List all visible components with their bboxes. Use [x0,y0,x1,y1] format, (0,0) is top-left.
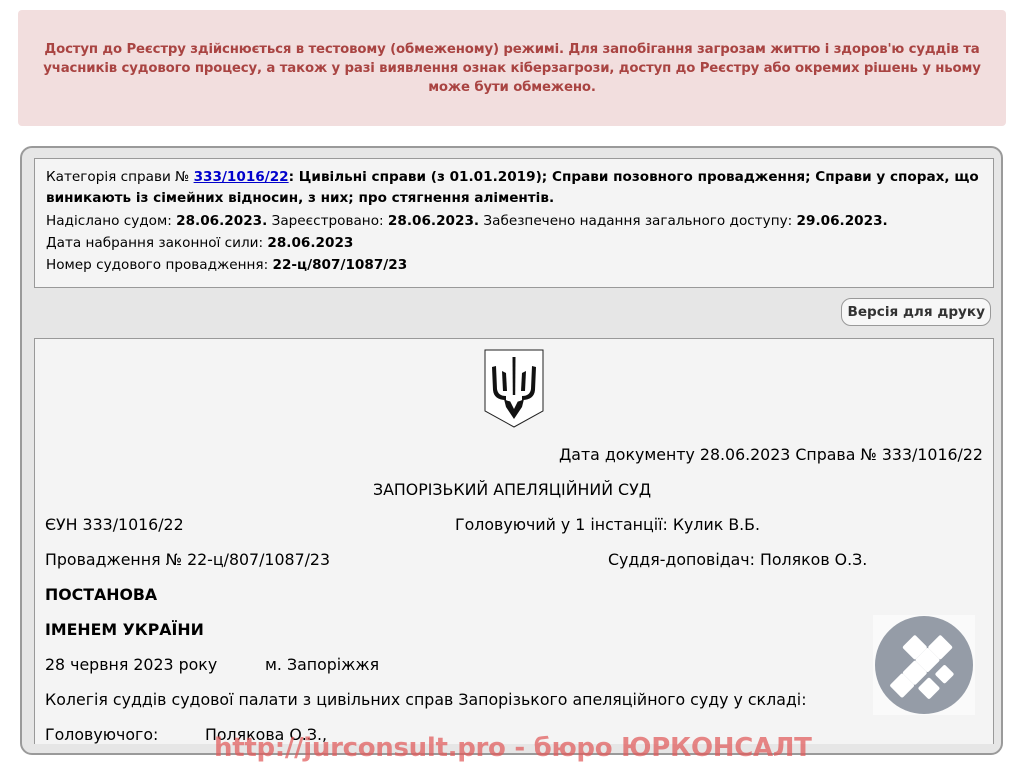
case-meta-panel: Категорія справи № 333/1016/22: Цивільні… [34,158,994,288]
document-date-line: Дата документу 28.06.2023 Справа № 333/1… [559,445,983,464]
decision-container: Категорія справи № 333/1016/22: Цивільні… [20,146,1003,755]
watermark-link: http://jurconsult.pro - бюро ЮРКОНСАЛТ [214,733,812,763]
access-date: 29.06.2023. [797,213,888,229]
decision-date: 28 червня 2023 року [45,655,217,674]
effective-date-row: Дата набрання законної сили: 28.06.2023 [46,232,982,254]
coat-of-arms-icon [484,349,544,429]
sent-label: Надіслано судом: [46,213,176,229]
panel-composition: Колегія суддів судової палати з цивільни… [45,690,807,709]
first-instance-judge: Головуючий у 1 інстанції: Кулик В.Б. [455,515,760,534]
case-category-row: Категорія справи № 333/1016/22: Цивільні… [46,167,982,209]
dates-row: Надіслано судом: 28.06.2023. Зареєстрова… [46,210,982,232]
court-name: ЗАПОРІЗЬКИЙ АПЕЛЯЦІЙНИЙ СУД [373,480,651,499]
registry-notice-text: Доступ до Реєстру здійснюється в тестово… [34,40,990,97]
proceeding-number-row: Номер судового провадження: 22-ц/807/108… [46,254,982,276]
presiding-label: Головуючого: [45,725,158,744]
registered-date: 28.06.2023. [388,213,479,229]
proceeding-label: Номер судового провадження: [46,257,273,273]
registered-label: Зареєстровано: [267,213,388,229]
print-version-button[interactable]: Версія для друку [841,298,991,326]
registry-notice-banner: Доступ до Реєстру здійснюється в тестово… [18,10,1006,126]
proceeding-line: Провадження № 22-ц/807/1087/23 [45,550,330,569]
access-label: Забезпечено надання загального доступу: [479,213,796,229]
puzzle-circle-icon[interactable] [873,615,975,715]
decision-subtitle: ІМЕНЕМ УКРАЇНИ [45,620,204,639]
proceeding-number: 22-ц/807/1087/23 [273,257,408,273]
eun-number: ЄУН 333/1016/22 [45,515,184,534]
decision-document: Дата документу 28.06.2023 Справа № 333/1… [34,338,994,744]
decision-city: м. Запоріжжя [265,655,379,674]
rapporteur-judge: Суддя-доповідач: Поляков О.З. [608,550,867,569]
sent-date: 28.06.2023. [176,213,267,229]
effective-date: 28.06.2023 [267,235,353,251]
category-label: Категорія справи № [46,169,194,185]
decision-title: ПОСТАНОВА [45,585,157,604]
effective-label: Дата набрання законної сили: [46,235,267,251]
case-number-link[interactable]: 333/1016/22 [194,169,289,185]
